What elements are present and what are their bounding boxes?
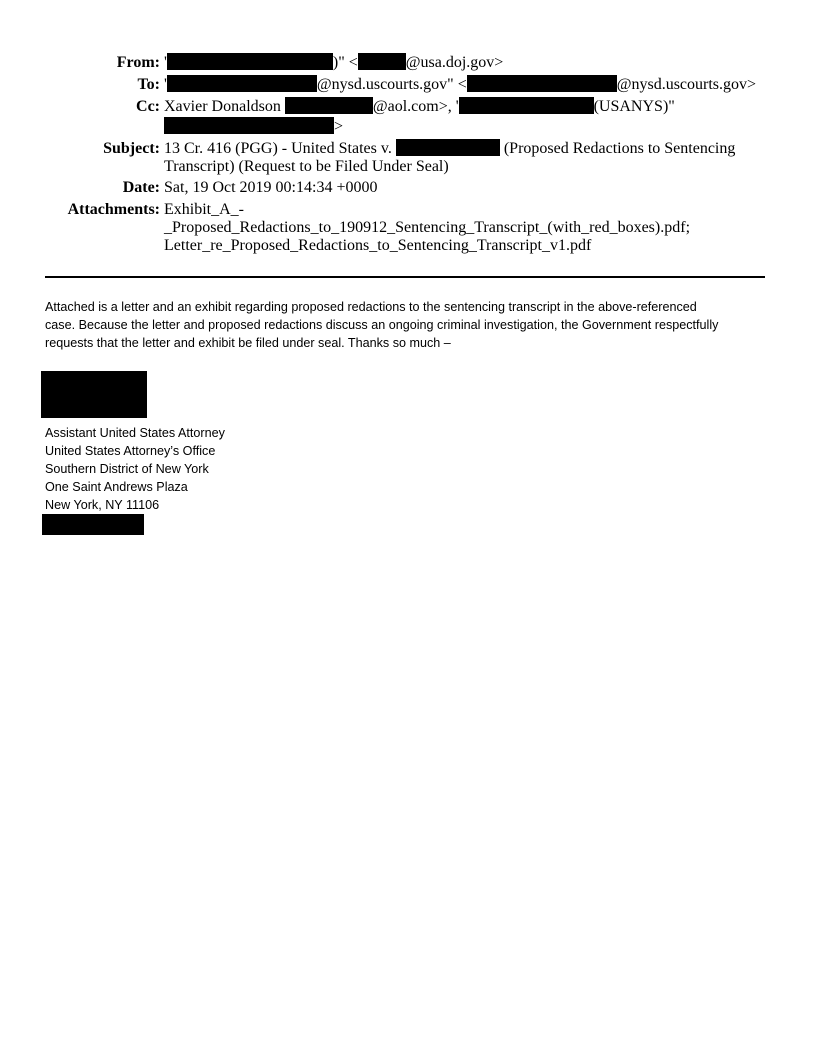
body-line-3: requests that the letter and exhibit be … <box>45 334 775 352</box>
redacted-sender-name <box>167 53 333 70</box>
redacted-cc-email-2 <box>164 117 334 134</box>
message-body: Attached is a letter and an exhibit rega… <box>45 298 775 352</box>
signature-office: United States Attorney’s Office <box>45 442 225 460</box>
subject-part-1: 13 Cr. 416 (PGG) - United States v. <box>164 140 396 157</box>
header-divider <box>45 276 765 278</box>
subject-part-2: (Proposed Redactions to Sentencing <box>500 140 736 157</box>
signature-block: Assistant United States Attorney United … <box>45 424 225 514</box>
to-label: To: <box>137 75 160 94</box>
to-mid: @nysd.uscourts.gov" < <box>317 76 467 93</box>
date-value: Sat, 19 Oct 2019 00:14:34 +0000 <box>164 178 764 197</box>
signature-title: Assistant United States Attorney <box>45 424 225 442</box>
attachments-label: Attachments: <box>68 200 160 219</box>
redacted-signature-name <box>41 371 147 418</box>
subject-label: Subject: <box>103 139 160 158</box>
signature-district: Southern District of New York <box>45 460 225 478</box>
attachment-line-2: _Proposed_Redactions_to_190912_Sentencin… <box>164 218 764 237</box>
cc-line2-end: > <box>334 118 343 135</box>
body-line-1: Attached is a letter and an exhibit rega… <box>45 298 775 316</box>
redacted-cc-email-1 <box>285 97 373 114</box>
redacted-sender-email <box>358 53 406 70</box>
redacted-cc-name-2 <box>459 97 594 114</box>
attachment-line-1: Exhibit_A_- <box>164 200 764 219</box>
subject-line-2: Transcript) (Request to be Filed Under S… <box>164 157 764 176</box>
redacted-recipient-email <box>467 75 617 92</box>
body-line-2: case. Because the letter and proposed re… <box>45 316 775 334</box>
cc-mid: @aol.com>, ' <box>373 98 459 115</box>
cc-end: (USANYS)" <box>594 98 675 115</box>
redacted-defendant-name <box>396 139 500 156</box>
to-domain: @nysd.uscourts.gov> <box>617 76 756 93</box>
redacted-signature-phone <box>42 514 144 535</box>
signature-city: New York, NY 11106 <box>45 496 225 514</box>
from-after-name: )" < <box>333 54 358 71</box>
cc-label: Cc: <box>136 97 160 116</box>
from-label: From: <box>117 53 160 72</box>
from-domain: @usa.doj.gov> <box>406 54 504 71</box>
attachment-line-3: Letter_re_Proposed_Redactions_to_Sentenc… <box>164 236 764 255</box>
redacted-recipient-name <box>167 75 317 92</box>
cc-name: Xavier Donaldson <box>164 98 285 115</box>
date-label: Date: <box>123 178 160 197</box>
signature-street: One Saint Andrews Plaza <box>45 478 225 496</box>
